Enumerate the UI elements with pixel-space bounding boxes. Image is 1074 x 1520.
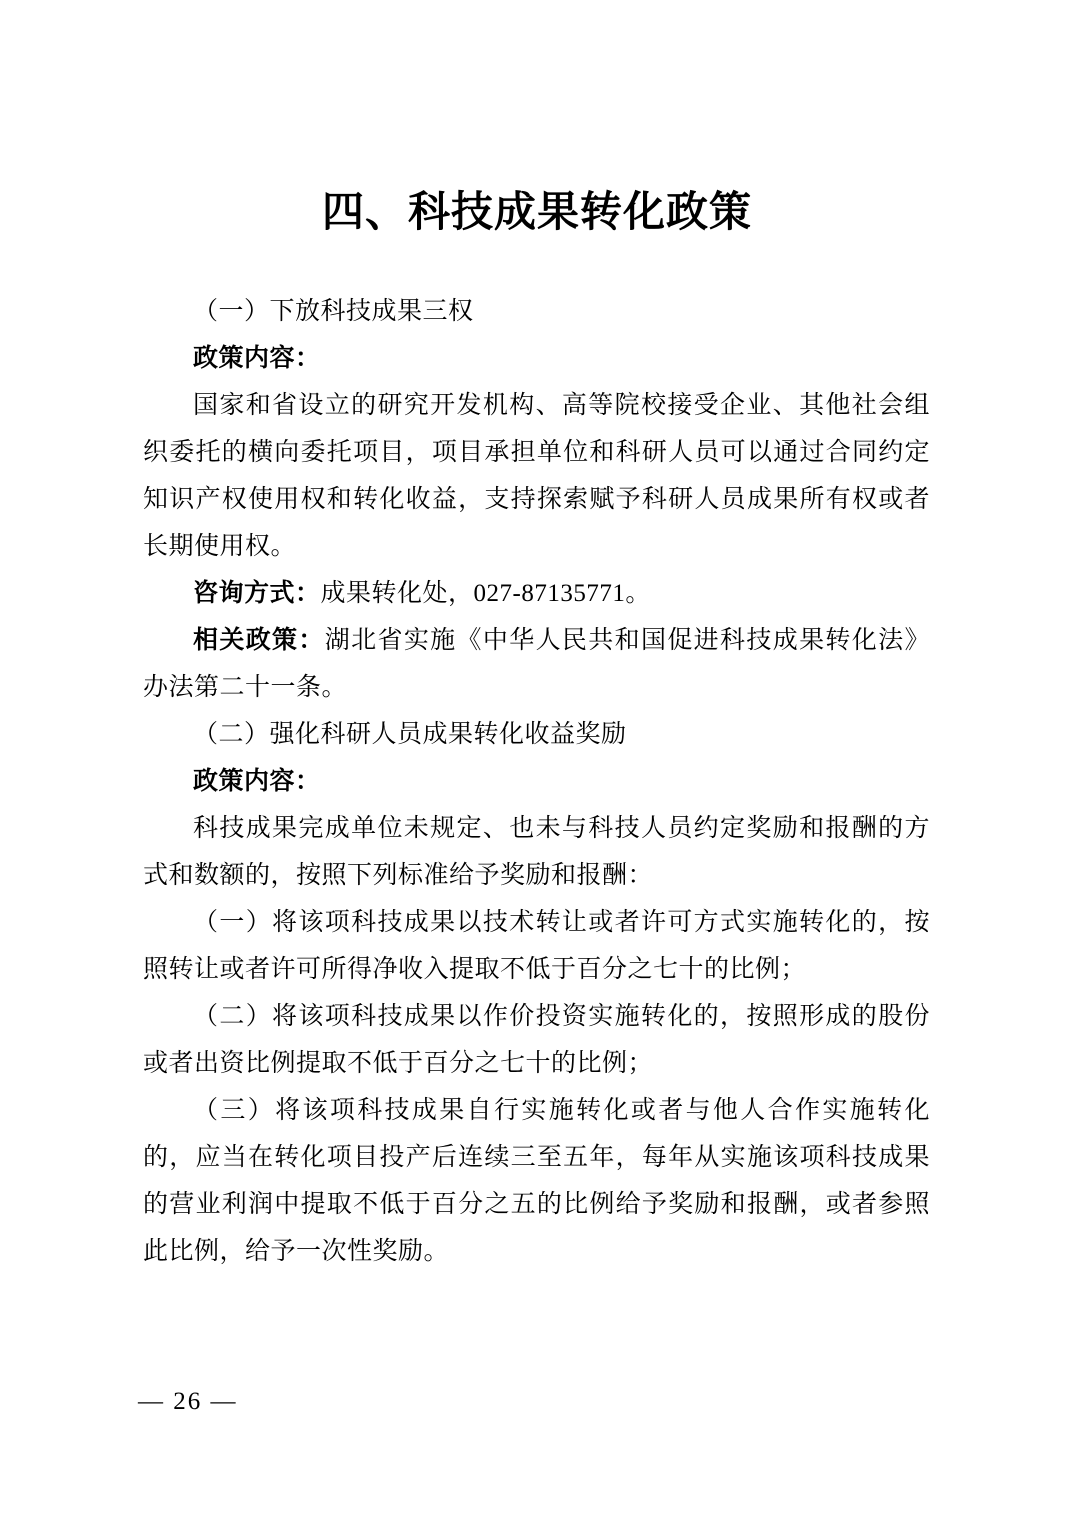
section-2-policy-content-label: 政策内容： [143, 758, 930, 805]
related-policy-label: 相关政策： [193, 626, 325, 654]
section-1-heading: （一）下放科技成果三权 [143, 288, 930, 335]
document-body: （一）下放科技成果三权 政策内容： 国家和省设立的研究开发机构、高等院校接受企业… [143, 288, 930, 1275]
consult-method-label: 咨询方式： [193, 579, 321, 607]
section-2-heading: （二）强化科研人员成果转化收益奖励 [143, 711, 930, 758]
section-2-item-2: （二）将该项科技成果以作价投资实施转化的，按照形成的股份或者出资比例提取不低于百… [143, 993, 930, 1087]
section-2-item-3: （三）将该项科技成果自行实施转化或者与他人合作实施转化的，应当在转化项目投产后连… [143, 1087, 930, 1275]
page-number: — 26 — [138, 1388, 238, 1416]
section-1-consult-line: 咨询方式：成果转化处，027-87135771。 [143, 570, 930, 617]
section-2-intro-paragraph: 科技成果完成单位未规定、也未与科技人员约定奖励和报酬的方式和数额的，按照下列标准… [143, 805, 930, 899]
section-2-item-1: （一）将该项科技成果以技术转让或者许可方式实施转化的，按照转让或者许可所得净收入… [143, 899, 930, 993]
consult-method-text: 成果转化处，027-87135771。 [321, 580, 651, 607]
section-1-related-policy-line: 相关政策：湖北省实施《中华人民共和国促进科技成果转化法》办法第二十一条。 [143, 617, 930, 711]
section-1-policy-content-label: 政策内容： [143, 335, 930, 382]
section-1-policy-paragraph: 国家和省设立的研究开发机构、高等院校接受企业、其他社会组织委托的横向委托项目，项… [143, 382, 930, 570]
document-page: 四、科技成果转化政策 （一）下放科技成果三权 政策内容： 国家和省设立的研究开发… [0, 0, 1074, 1520]
document-title: 四、科技成果转化政策 [0, 186, 1074, 240]
